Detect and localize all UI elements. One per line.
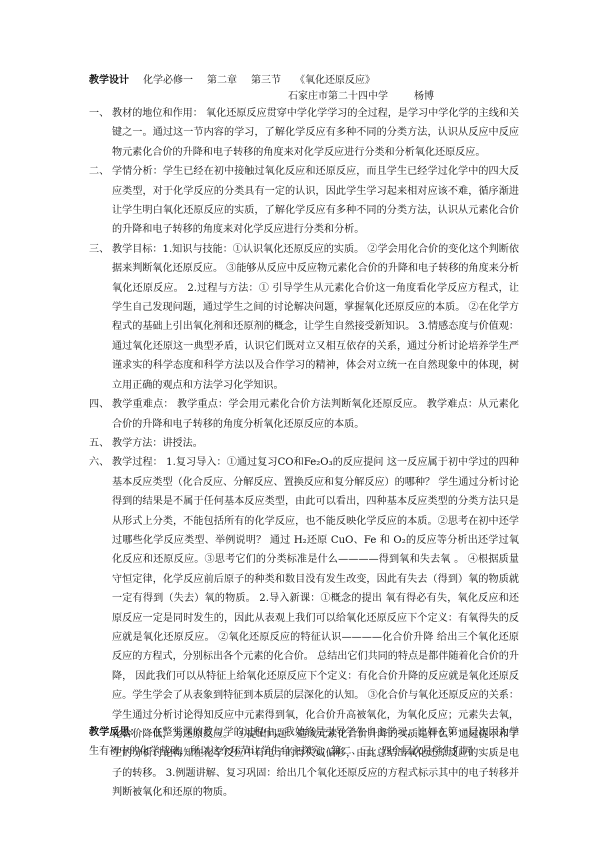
document-page: 教学设计化学必修一第二章第三节《氧化还原反应》 石家庄市第二十四中学杨博 一、 …	[0, 0, 595, 842]
section-number: 二、	[89, 162, 109, 181]
doc-type-label: 教学设计	[89, 75, 129, 86]
section-number: 五、	[89, 434, 109, 453]
chapter: 第二章	[207, 75, 237, 86]
course-name: 化学必修一	[143, 75, 193, 86]
lesson-plan-body: 一、 教材的地位和作用： 氧化还原反应贯穿中学化学学习的全过程，是学习中学化学的…	[89, 104, 519, 803]
reflection-text: 在整堂课的教与学的过程中，我始终是引导学生自主学习，比如在第一层次因为学生有初中…	[89, 727, 519, 757]
section-material-role: 一、 教材的地位和作用： 氧化还原反应贯穿中学化学学习的全过程，是学习中学化学的…	[89, 104, 519, 162]
section-number: 一、	[89, 104, 109, 123]
reflection-label: 教学反思：	[89, 727, 140, 738]
section-text: 教学方法：讲授法。	[112, 434, 519, 453]
section-text: 教学重难点： 教学重点：学会用元素化合价方法判断氧化还原反应。 教学难点：从元素…	[112, 395, 519, 434]
section-teaching-goals: 三、 教学目标：1.知识与技能：①认识氧化还原反应的实质。 ②学会用化合价的变化…	[89, 240, 519, 395]
section-key-difficult-points: 四、 教学重难点： 教学重点：学会用元素化合价方法判断氧化还原反应。 教学难点：…	[89, 395, 519, 434]
section: 第三节	[251, 75, 281, 86]
topic-title: 《氧化还原反应》	[295, 75, 375, 86]
author-line: 石家庄市第二十四中学杨博	[288, 90, 434, 104]
teaching-reflection: 教学反思：在整堂课的教与学的过程中，我始终是引导学生自主学习，比如在第一层次因为…	[89, 723, 519, 762]
section-number: 三、	[89, 240, 109, 259]
section-teaching-method: 五、 教学方法：讲授法。	[89, 434, 519, 453]
section-student-analysis: 二、 学情分析：学生已经在初中接触过氧化反应和还原反应，而且学生已经学过化学中的…	[89, 162, 519, 240]
section-number: 四、	[89, 395, 109, 414]
section-number: 六、	[89, 453, 109, 472]
section-text: 教材的地位和作用： 氧化还原反应贯穿中学化学学习的全过程，是学习中学化学的主线和…	[112, 104, 519, 162]
school-name: 石家庄市第二十四中学	[288, 91, 388, 102]
section-text: 学情分析：学生已经在初中接触过氧化反应和还原反应，而且学生已经学过化学中的四大反…	[112, 162, 519, 240]
author-name: 杨博	[414, 91, 434, 102]
document-title-line: 教学设计化学必修一第二章第三节《氧化还原反应》	[89, 74, 375, 88]
section-text: 教学目标：1.知识与技能：①认识氧化还原反应的实质。 ②学会用化合价的变化这个判…	[112, 240, 519, 395]
